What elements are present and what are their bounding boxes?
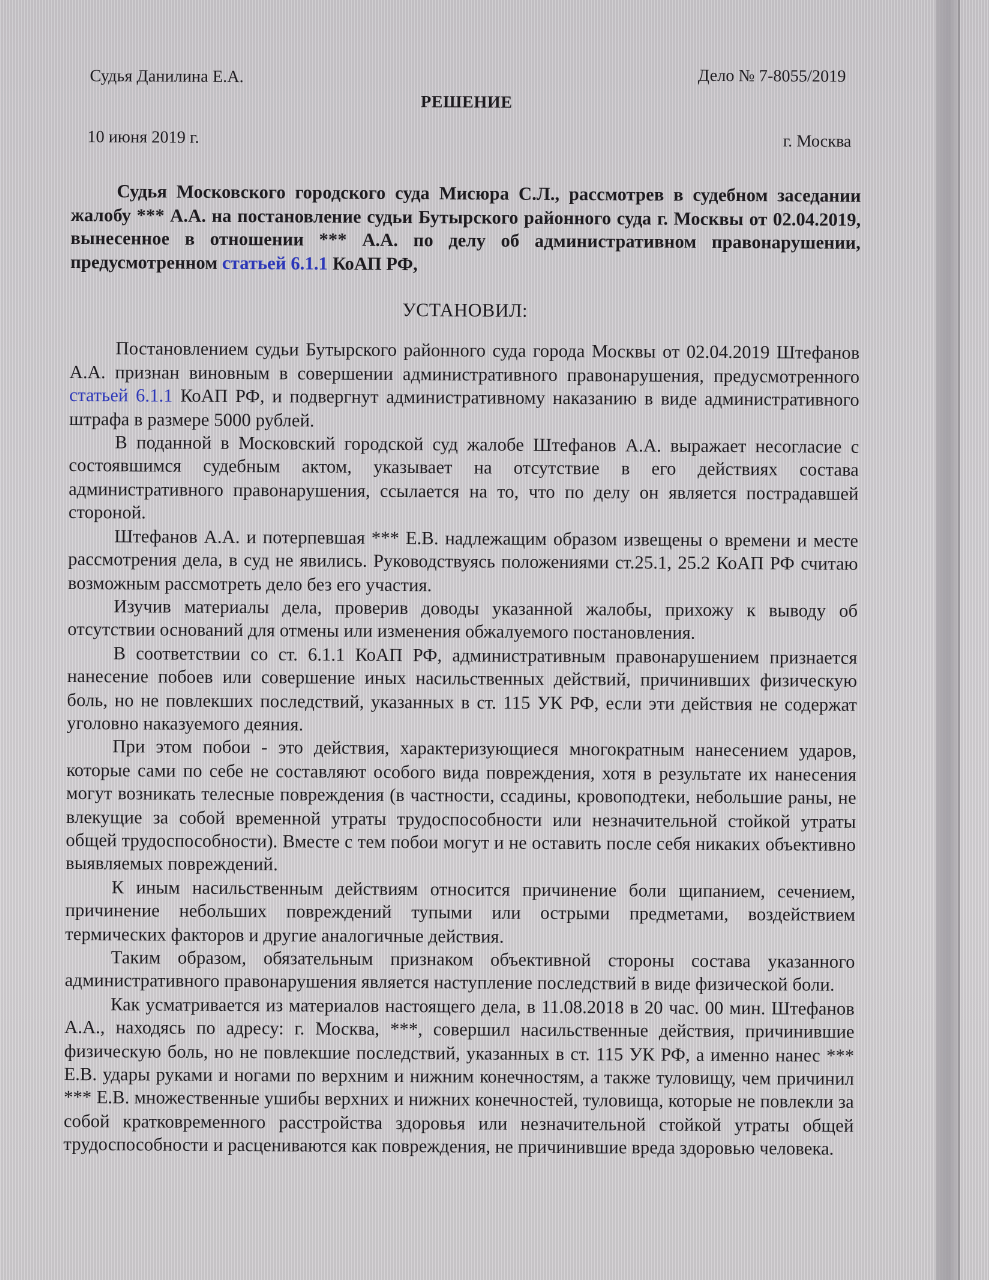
document-title: РЕШЕНИЕ [72, 88, 862, 116]
judge-name: Судья Данилина Е.А. [90, 64, 244, 88]
decision-date: 10 июня 2019 г. [87, 126, 199, 150]
paragraph-text-end: КоАП РФ, и подвергнут административному … [69, 387, 859, 431]
law-article-link[interactable]: статьей 6.1.1 [69, 386, 173, 407]
paragraph-6: При этом побои - это действия, характери… [66, 736, 857, 881]
city: г. Москва [783, 130, 852, 154]
paragraph-7: К иным насильственным действиям относитс… [65, 877, 856, 952]
header-row: Судья Данилина Е.А. Дело № 7-8055/2019 [72, 58, 862, 87]
paragraph-5: В соответствии со ст. 6.1.1 КоАП РФ, адм… [67, 643, 858, 741]
paragraph-text: Постановлением судьи Бутырского районног… [69, 340, 859, 388]
document-page: Судья Данилина Е.А. Дело № 7-8055/2019 Р… [63, 58, 862, 1162]
case-number: Дело № 7-8055/2019 [698, 64, 846, 88]
date-row: 10 июня 2019 г. г. Москва [71, 125, 861, 160]
page-edge-shadow [936, 0, 958, 1280]
law-article-link[interactable]: статьей 6.1.1 [222, 254, 328, 275]
intro-text-end: КоАП РФ, [328, 254, 418, 275]
intro-paragraph: Судья Московского городского суда Мисюра… [70, 181, 861, 279]
paragraph-1: Постановлением судьи Бутырского районног… [69, 338, 860, 436]
section-heading: УСТАНОВИЛ: [70, 297, 860, 325]
paragraph-9: Как усматривается из материалов настояще… [63, 994, 854, 1163]
paragraph-8: Таким образом, обязательным признаком об… [65, 947, 855, 999]
intro-text: Судья Московского городского суда Мисюра… [70, 183, 861, 274]
paragraph-2: В поданной в Московский городской суд жа… [68, 432, 859, 530]
paragraph-3: Штефанов А.А. и потерпевшая *** Е.В. над… [68, 526, 859, 601]
paragraph-4: Изучив материалы дела, проверив доводы у… [67, 596, 857, 648]
